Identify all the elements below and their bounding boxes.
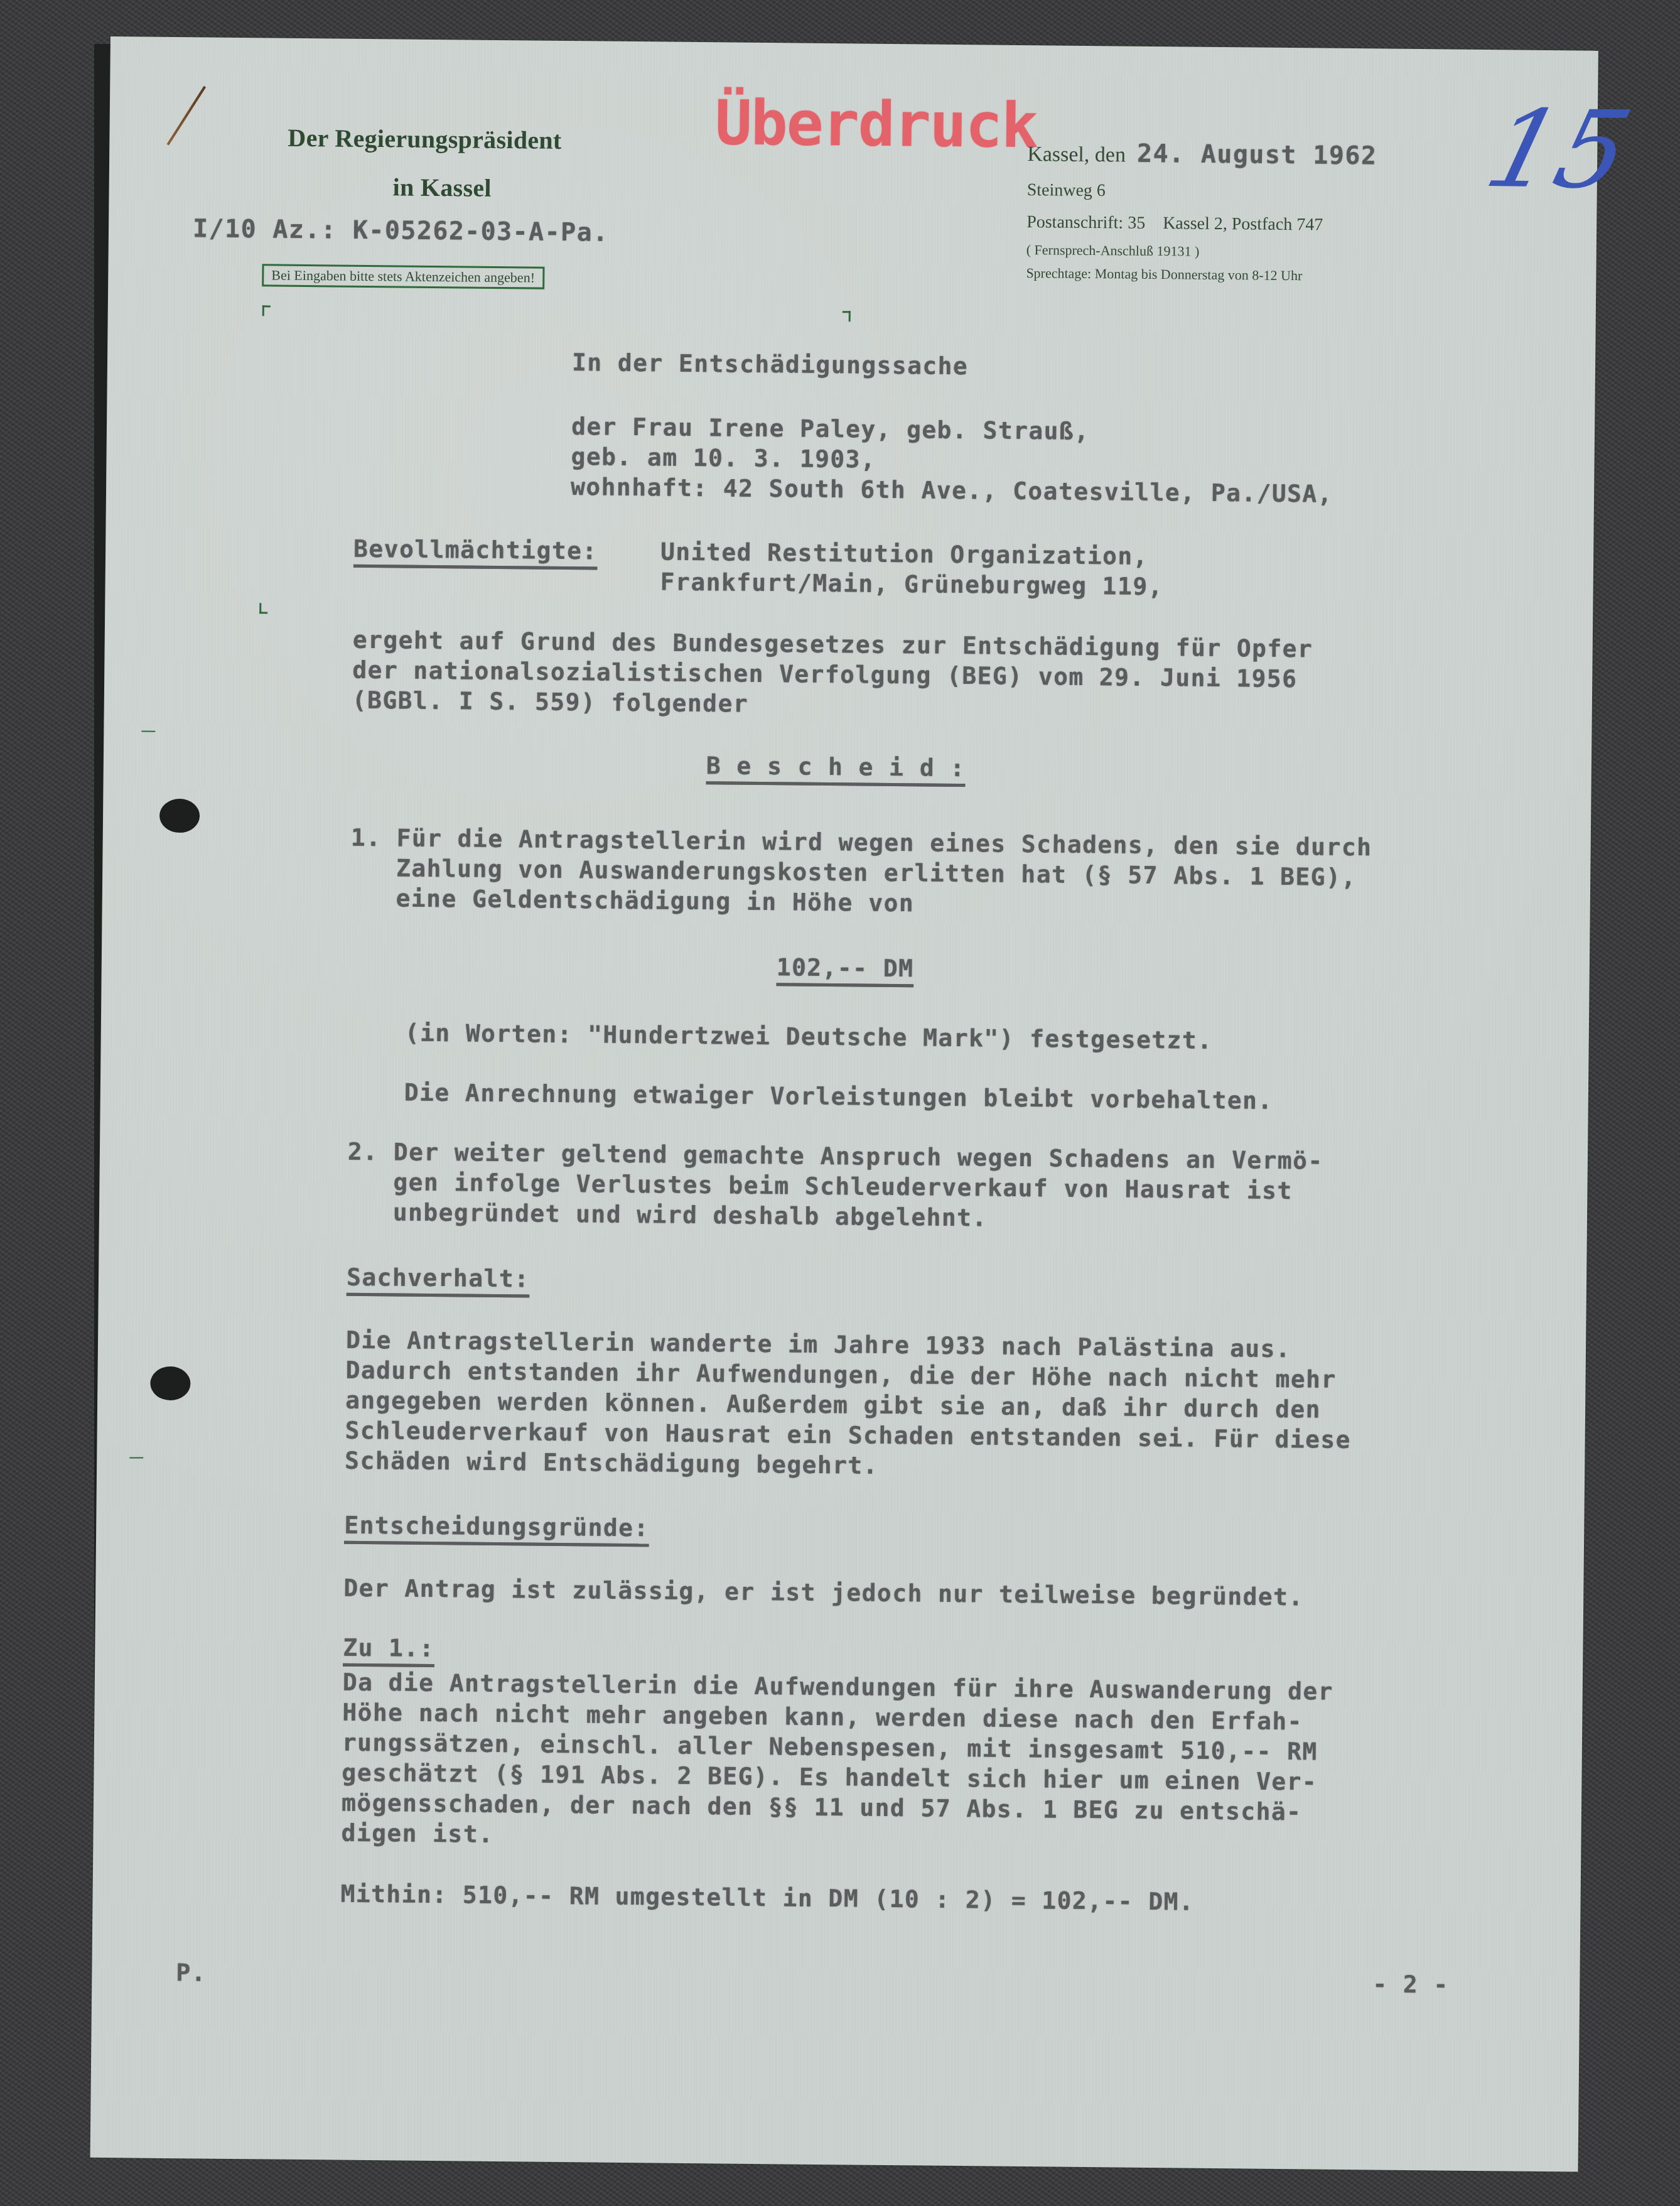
phone-number: ( Fernsprech-Anschluß 19131 ) [1026, 242, 1200, 260]
claimant-birth: geb. am 10. 3. 1903, [571, 443, 876, 473]
prepayment-reservation: Die Anrechnung etwaiger Vorleistungen bl… [404, 1079, 1273, 1115]
fold-mark-upper [141, 731, 155, 732]
authority-name: Der Regierungspräsident [288, 123, 562, 155]
awarded-amount: 102,-- DM [777, 953, 914, 982]
representative-label: Bevollmächtigte: [353, 535, 598, 565]
decision-heading: B e s c h e i d : [706, 752, 966, 782]
legal-basis-line-3: (BGBl. I S. 559) folgender [352, 686, 749, 718]
handwritten-folio-number: 15 [1475, 87, 1643, 213]
document-date: 24. August 1962 [1137, 139, 1377, 171]
punch-hole-lower [150, 1366, 191, 1401]
reasons-line-6: digen ist. [341, 1819, 493, 1848]
decision-item1-line-3: eine Geldentschädigung in Höhe von [350, 884, 915, 917]
punch-hole-upper [159, 799, 200, 833]
reasons-subheading: Zu 1.: [343, 1634, 434, 1662]
postal-address: Postanschrift: 35 Kassel 2, Postfach 747 [1026, 212, 1323, 235]
claimant-name: der Frau Irene Paley, geb. Strauß, [571, 413, 1090, 445]
representative-address: Frankfurt/Main, Grüneburgweg 119, [660, 568, 1163, 600]
place-date-line: Kassel, den 24. August 1962 [1027, 138, 1377, 170]
staple-mark [167, 86, 207, 146]
place-date-prefix: Kassel, den [1027, 143, 1126, 167]
address-window-corner-tr [843, 311, 851, 322]
street-address: Steinweg 6 [1027, 180, 1106, 201]
representative-org: United Restitution Organization, [660, 538, 1148, 570]
claimant-address: wohnhaft: 42 South 6th Ave., Coatesville… [571, 473, 1333, 508]
fold-mark-lower [129, 1457, 143, 1458]
address-window-corner-tl [262, 305, 271, 316]
case-intro: In der Entschädigungssache [572, 349, 969, 380]
office-hours: Sprechtage: Montag bis Donnerstag von 8-… [1026, 265, 1302, 284]
calculation-line: Mithin: 510,-- RM umgestellt in DM (10 :… [340, 1880, 1194, 1916]
reasons-heading: Entscheidungsgründe: [344, 1511, 649, 1542]
decision-item2-line-3: unbegründet und wird deshalb abgelehnt. [347, 1198, 988, 1232]
facts-line-5: Schäden wird Entschädigung begehrt. [345, 1447, 878, 1479]
reference-note-box: Bei Eingaben bitte stets Aktenzeichen an… [262, 264, 544, 289]
facts-heading: Sachverhalt: [347, 1263, 530, 1293]
reference-number: I/10 Az.: K-05262-03-A-Pa. [193, 214, 609, 247]
document-page: Der Regierungspräsident in Kassel I/10 A… [90, 36, 1598, 2172]
overprint-stamp: Überdruck [714, 87, 1037, 162]
amount-in-words: (in Worten: "Hundertzwei Deutsche Mark")… [405, 1019, 1213, 1054]
page-continuation: - 2 - [1372, 1970, 1449, 1998]
footer-left-mark: P. [176, 1959, 207, 1986]
reasons-summary: Der Antrag ist zulässig, er ist jedoch n… [343, 1574, 1304, 1611]
authority-city: in Kassel [392, 172, 492, 203]
address-window-corner-bl [259, 603, 267, 614]
